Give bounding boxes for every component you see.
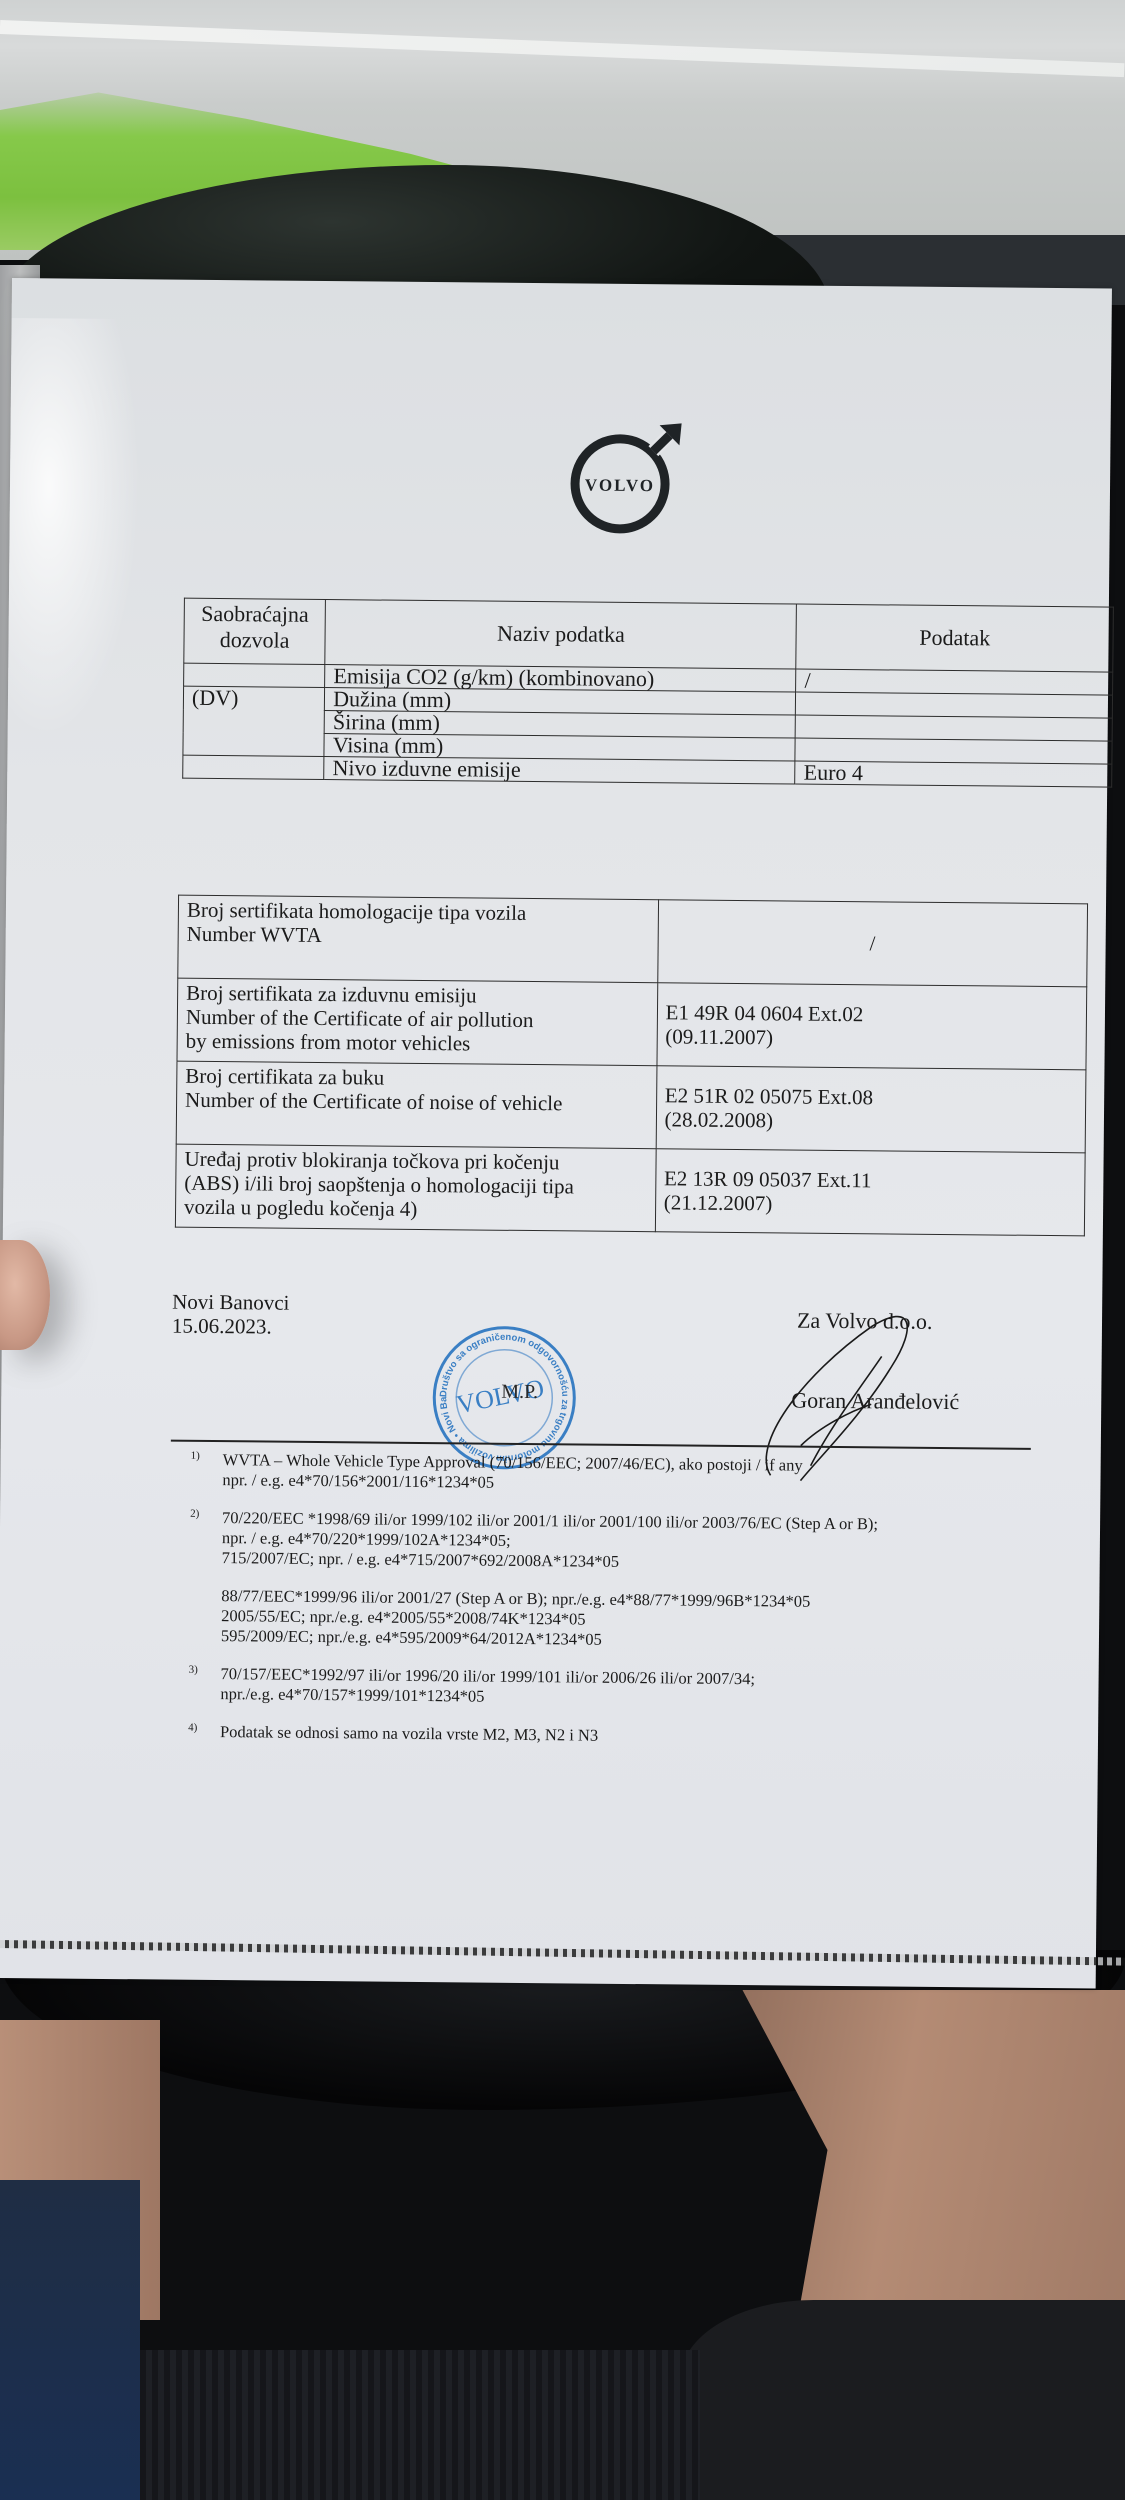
row-code: (DV) [183,686,325,756]
row-code [183,755,324,779]
table-row: Broj sertifikata za izduvnu emisijuNumbe… [177,978,1087,1070]
row-name: Nivo izduvne emisije [324,757,795,785]
certificate-value: E2 51R 02 05075 Ext.08(28.02.2008) [656,1066,1086,1153]
signer-name: Goran Aranđelović [791,1388,959,1416]
road-marking [0,20,1124,77]
certificate-value: E2 13R 09 05037 Ext.11(21.12.2007) [655,1149,1085,1236]
footnote-number: 2) [190,1504,199,1524]
certificate-value: E1 49R 04 0604 Ext.02(09.11.2007) [657,983,1087,1070]
footnote-line: Podatak se odnosi samo na vozila vrste M… [220,1722,1058,1750]
volvo-logo-icon: VOLVO [565,418,686,539]
table-row: Broj sertifikata homologacije tipa vozil… [178,895,1088,987]
footnote-4: 4) Podatak se odnosi samo na vozila vrst… [168,1722,1058,1751]
car-seat [140,2350,700,2500]
place: Novi Banovci [172,1290,289,1315]
document-sheet: VOLVO Saobraćajna dozvola Naziv podatka … [0,278,1112,1988]
certificate-label: Uređaj protiv blokiranja točkova pri koč… [175,1144,655,1232]
certificate-label: Broj certifikata za bukuNumber of the Ce… [176,1061,656,1149]
row-value: Euro 4 [795,761,1112,787]
svg-text:VOLVO: VOLVO [585,476,655,496]
table-header-row: Saobraćajna dozvola Naziv podatka Podata… [184,598,1114,672]
certificate-label: Broj sertifikata homologacije tipa vozil… [178,895,658,983]
row-value: / [796,669,1113,695]
footnotes: 1) WVTA – Whole Vehicle Type Approval (7… [168,1450,1061,1769]
date: 15.06.2023. [172,1314,289,1339]
row-code [184,663,325,687]
row-value [796,692,1113,718]
header-registration: Saobraćajna dozvola [184,598,326,664]
certificate-table: Broj sertifikata homologacije tipa vozil… [175,895,1088,1237]
vehicle-data-table: Saobraćajna dozvola Naziv podatka Podata… [182,598,1114,788]
header-data-name: Naziv podatka [325,600,797,670]
footnote-2: 2) 70/220/EEC *1998/69 ili/or 1999/102 i… [169,1508,1060,1655]
certificate-label: Broj sertifikata za izduvnu emisijuNumbe… [177,978,657,1066]
table-row: Broj certifikata za bukuNumber of the Ce… [176,1061,1086,1153]
shorts [680,2300,1125,2500]
footnote-number: 4) [188,1718,197,1738]
jeans [0,2180,140,2500]
stamp-mark-label: M.P. [501,1381,538,1404]
footnote-3: 3) 70/157/EEC*1992/97 ili/or 1996/20 ili… [168,1664,1058,1713]
footnote-1: 1) WVTA – Whole Vehicle Type Approval (7… [170,1450,1060,1499]
footnote-number: 3) [189,1660,198,1680]
row-value [796,715,1113,741]
footnote-number: 1) [191,1446,200,1466]
header-data-value: Podatak [796,604,1113,672]
place-date-block: Novi Banovci 15.06.2023. [172,1290,290,1339]
certificate-value: / [657,900,1087,987]
table-row: Uređaj protiv blokiranja točkova pri koč… [175,1144,1085,1236]
